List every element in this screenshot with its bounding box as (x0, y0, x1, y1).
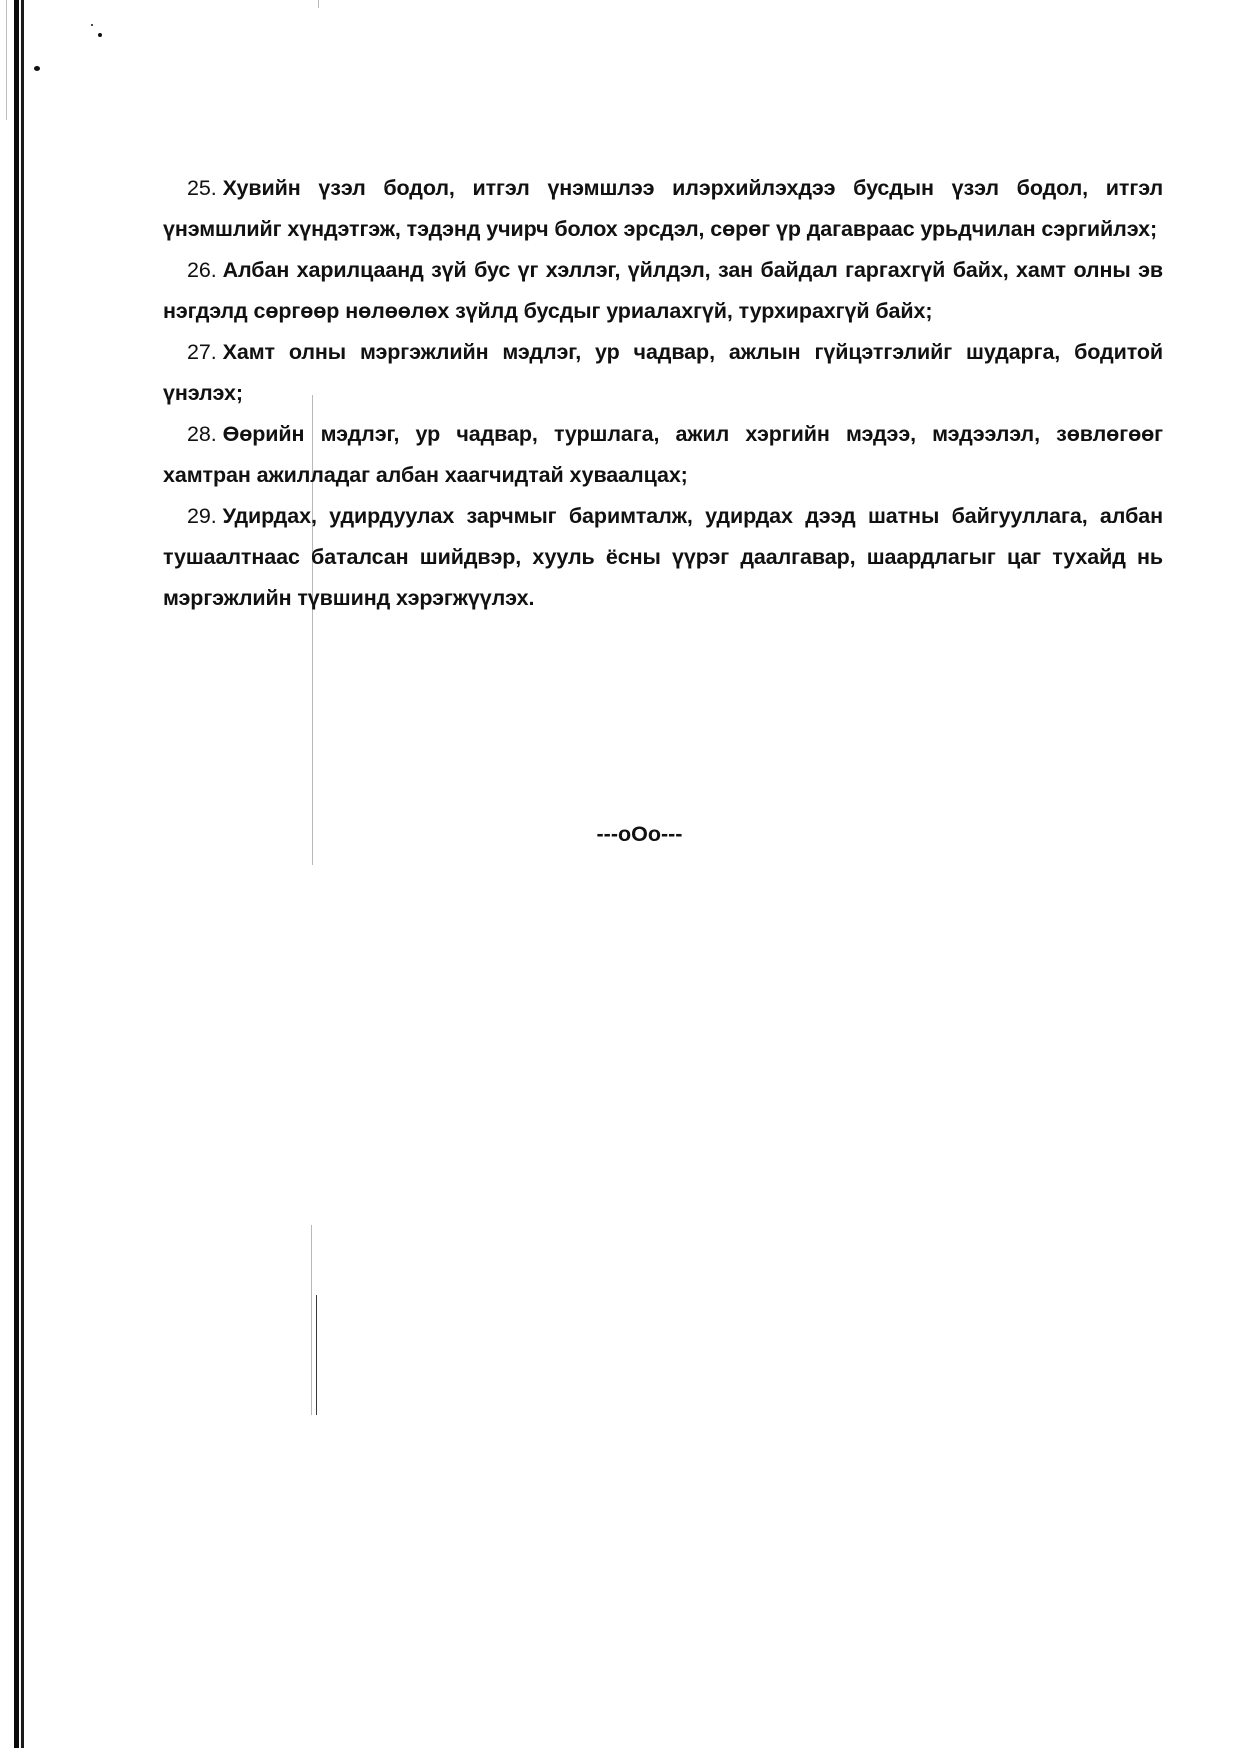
paragraph-number: 28. (187, 422, 217, 446)
paragraph-text: Өөрийн мэдлэг, ур чадвар, туршлага, ажил… (163, 422, 1163, 487)
paragraph-number: 27. (187, 340, 217, 364)
scan-edge-bar (14, 0, 19, 1748)
closing-mark: ---oOo--- (597, 822, 683, 846)
paragraph-text: Удирдах, удирдуулах зарчмыг баримталж, у… (163, 504, 1163, 610)
paragraph-26: 26.Албан харилцаанд зүй бус үг хэллэг, ү… (163, 250, 1163, 332)
paragraph-number: 29. (187, 504, 217, 528)
scan-streak (318, 0, 319, 8)
paragraph-number: 25. (187, 176, 217, 200)
closing-mark-row: ---oOo--- (0, 822, 1239, 847)
paragraph-text: Хувийн үзэл бодол, итгэл үнэмшлээ илэрхи… (163, 176, 1163, 241)
paragraph-number: 26. (187, 258, 217, 282)
paragraph-27: 27.Хамт олны мэргэжлийн мэдлэг, ур чадва… (163, 332, 1163, 414)
paragraph-25: 25.Хувийн үзэл бодол, итгэл үнэмшлээ илэ… (163, 168, 1163, 250)
scan-speck (34, 66, 40, 71)
paragraph-28: 28.Өөрийн мэдлэг, ур чадвар, туршлага, а… (163, 414, 1163, 496)
scan-streak (311, 1225, 312, 1415)
paragraph-29: 29.Удирдах, удирдуулах зарчмыг баримталж… (163, 496, 1163, 619)
paragraph-text: Албан харилцаанд зүй бус үг хэллэг, үйлд… (163, 258, 1163, 323)
document-body: 25.Хувийн үзэл бодол, итгэл үнэмшлээ илэ… (163, 168, 1163, 619)
scan-streak (316, 1295, 317, 1415)
scan-edge-bar-secondary (21, 0, 24, 1748)
scan-speck (91, 24, 93, 26)
scan-edge-line (6, 0, 7, 120)
paragraph-text: Хамт олны мэргэжлийн мэдлэг, ур чадвар, … (163, 340, 1163, 405)
scan-speck (98, 33, 102, 37)
